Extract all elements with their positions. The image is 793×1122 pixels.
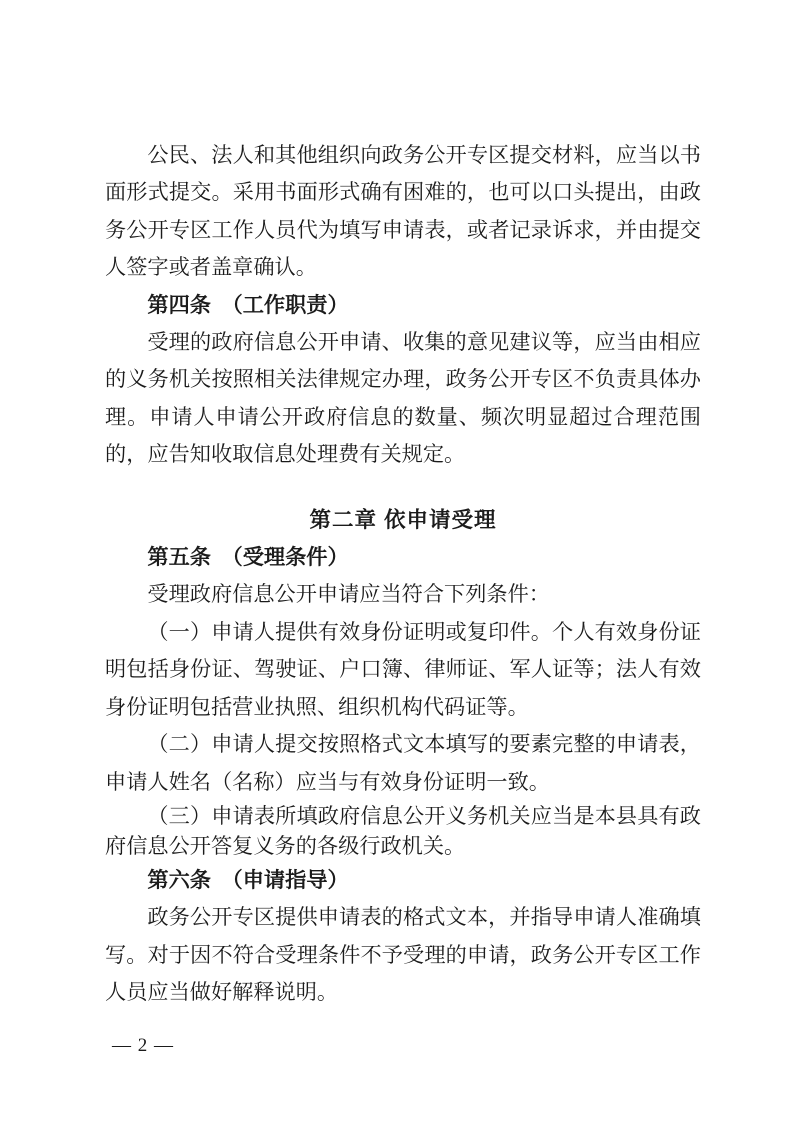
paragraph-application-guidance: 政务公开专区提供申请表的格式文本，并指导申请人准确填写。对于因不符合受理条件不予… <box>105 899 701 1011</box>
article-heading-6-application-guidance: 第六条 （申请指导） <box>105 862 701 899</box>
chapter-heading-2: 第二章 依申请受理 <box>105 502 701 539</box>
page-number: — 2 — <box>112 1035 174 1056</box>
document-page: 公民、法人和其他组织向政务公开专区提交材料，应当以书面形式提交。采用书面形式确有… <box>0 0 793 1122</box>
paragraph-conditions-intro: 受理政府信息公开申请应当符合下列条件： <box>105 576 701 613</box>
paragraph-condition-3: （三）申请表所填政府信息公开义务机关应当是本县具有政府信息公开答复义务的各级行政… <box>105 801 701 861</box>
paragraph-submission-method: 公民、法人和其他组织向政务公开专区提交材料，应当以书面形式提交。采用书面形式确有… <box>105 137 701 287</box>
paragraph-condition-1: （一）申请人提供有效身份证明或复印件。个人有效身份证明包括身份证、驾驶证、户口簿… <box>105 614 701 726</box>
document-body: 公民、法人和其他组织向政务公开专区提交材料，应当以书面形式提交。采用书面形式确有… <box>105 137 701 1012</box>
article-heading-4-work-duties: 第四条 （工作职责） <box>105 287 701 324</box>
article-heading-5-acceptance-conditions: 第五条 （受理条件） <box>105 539 701 576</box>
paragraph-condition-2: （二）申请人提交按照格式文本填写的要素完整的申请表，申请人姓名（名称）应当与有效… <box>105 726 701 801</box>
paragraph-work-duties: 受理的政府信息公开申请、收集的意见建议等，应当由相应的义务机关按照相关法律规定办… <box>105 324 701 474</box>
page-footer: — 2 — <box>112 1034 174 1058</box>
